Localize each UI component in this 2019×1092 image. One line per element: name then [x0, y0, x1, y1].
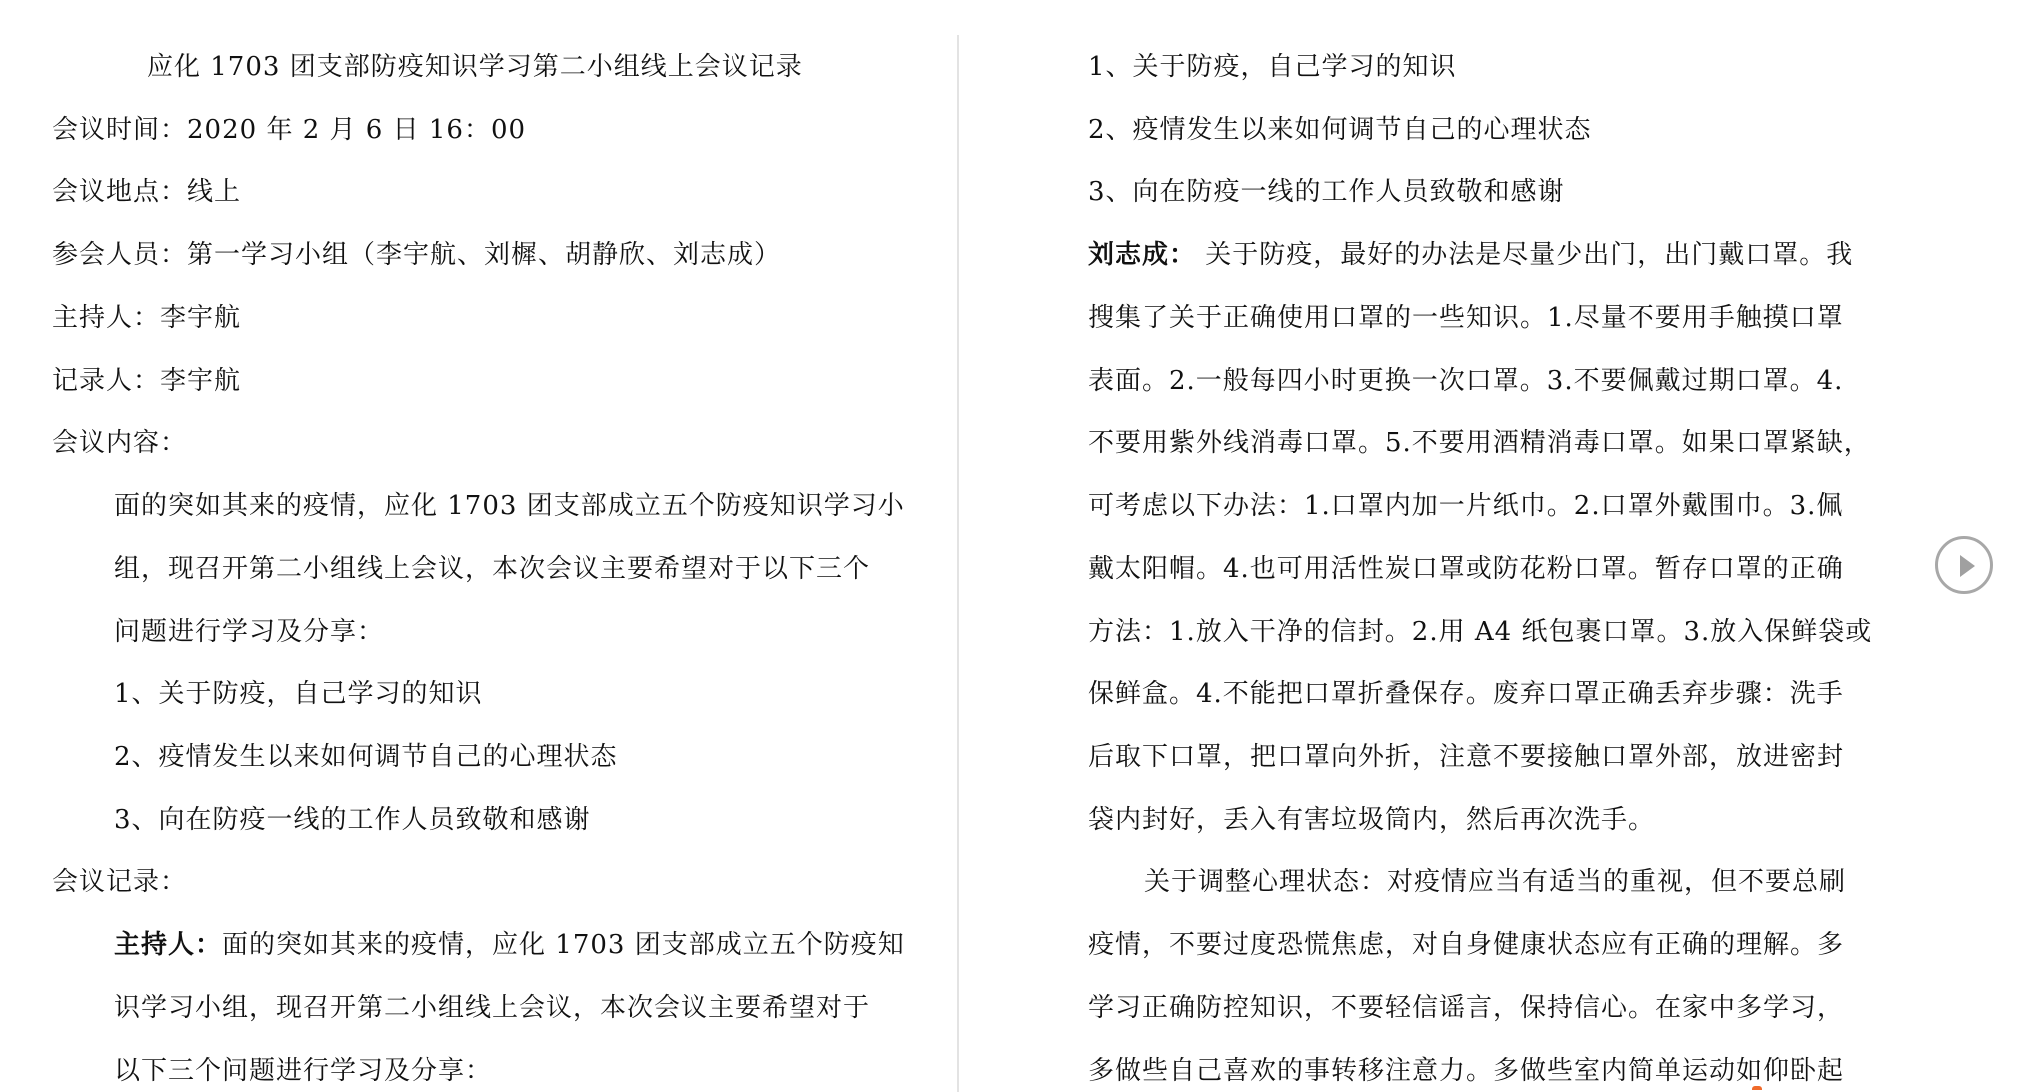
speaker-line: 不要用紫外线消毒口罩。5.不要用酒精消毒口罩。如果口罩紧缺， [1088, 428, 1871, 458]
topic-item: 2、疫情发生以来如何调节自己的心理状态 [1088, 115, 1592, 145]
topic-item: 3、向在防疫一线的工作人员致敬和感谢 [114, 805, 591, 835]
record-text: 面的突如其来的疫情，应化 1703 团支部成立五个防疫知 [222, 930, 905, 960]
play-circle-icon [1960, 555, 1975, 577]
topic-item: 2、疫情发生以来如何调节自己的心理状态 [114, 742, 618, 772]
speaker-line: 刘志成： 关于防疫，最好的办法是尽量少出门，出门戴口罩。我 [1088, 240, 1853, 270]
record-line: 以下三个问题进行学习及分享： [114, 1056, 492, 1086]
attendees: 参会人员：第一学习小组（李宇航、刘樨、胡静欣、刘志成） [52, 240, 781, 270]
meeting-place-label: 会议地点： [52, 177, 187, 207]
meeting-time-value: 2020 年 2 月 6 日 16：00 [187, 115, 526, 145]
speaker-line: 可考虑以下办法：1.口罩内加一片纸巾。2.口罩外戴围巾。3.佩 [1088, 491, 1843, 521]
record-line: 识学习小组，现召开第二小组线上会议，本次会议主要希望对于 [114, 993, 870, 1023]
content-line: 问题进行学习及分享： [114, 617, 384, 647]
speaker-name: 刘志成： [1088, 240, 1196, 270]
content-line: 组，现召开第二小组线上会议，本次会议主要希望对于以下三个 [114, 554, 870, 584]
right-page: 1、关于防疫，自己学习的知识 2、疫情发生以来如何调节自己的心理状态 3、向在防… [959, 0, 2019, 1092]
attendees-value: 第一学习小组（李宇航、刘樨、胡静欣、刘志成） [187, 240, 781, 270]
host-value: 李宇航 [160, 303, 241, 333]
content-label: 会议内容： [52, 428, 187, 458]
meeting-place: 会议地点：线上 [52, 177, 241, 207]
record-speaker: 主持人： [114, 930, 222, 960]
attendees-label: 参会人员： [52, 240, 187, 270]
recorder-value: 李宇航 [160, 366, 241, 396]
cursor-mark-icon [1752, 1086, 1762, 1090]
speaker-line: 戴太阳帽。4.也可用活性炭口罩或防花粉口罩。暂存口罩的正确 [1088, 554, 1844, 584]
topic-item: 3、向在防疫一线的工作人员致敬和感谢 [1088, 177, 1565, 207]
host-label: 主持人： [52, 303, 160, 333]
psych-line: 疫情，不要过度恐慌焦虑，对自身健康状态应有正确的理解。多 [1088, 930, 1844, 960]
recorder: 记录人：李宇航 [52, 366, 241, 396]
speaker-text: 关于防疫，最好的办法是尽量少出门，出门戴口罩。我 [1196, 240, 1853, 270]
record-label: 会议记录： [52, 867, 187, 897]
psych-line: 学习正确防控知识，不要轻信谣言，保持信心。在家中多学习， [1088, 993, 1844, 1023]
left-page: 应化 1703 团支部防疫知识学习第二小组线上会议记录 会议时间：2020 年 … [0, 0, 957, 1092]
topic-item: 1、关于防疫，自己学习的知识 [114, 679, 483, 709]
speaker-line: 表面。2.一般每四小时更换一次口罩。3.不要佩戴过期口罩。4. [1088, 366, 1843, 396]
content-line: 面的突如其来的疫情，应化 1703 团支部成立五个防疫知识学习小 [114, 491, 905, 521]
psych-line: 多做些自己喜欢的事转移注意力。多做些室内简单运动如仰卧起 [1088, 1056, 1844, 1086]
record-line: 主持人：面的突如其来的疫情，应化 1703 团支部成立五个防疫知 [114, 930, 905, 960]
recorder-label: 记录人： [52, 366, 160, 396]
speaker-line: 搜集了关于正确使用口罩的一些知识。1.尽量不要用手触摸口罩 [1088, 303, 1844, 333]
play-button[interactable] [1935, 536, 1993, 594]
speaker-line: 保鲜盒。4.不能把口罩折叠保存。废弃口罩正确丢弃步骤：洗手 [1088, 679, 1844, 709]
meeting-time-label: 会议时间： [52, 115, 187, 145]
meeting-time: 会议时间：2020 年 2 月 6 日 16：00 [52, 115, 526, 145]
psych-line: 关于调整心理状态：对疫情应当有适当的重视，但不要总刷 [1144, 867, 1846, 897]
topic-item: 1、关于防疫，自己学习的知识 [1088, 52, 1457, 82]
document-title: 应化 1703 团支部防疫知识学习第二小组线上会议记录 [147, 52, 803, 82]
host: 主持人：李宇航 [52, 303, 241, 333]
speaker-line: 袋内封好，丢入有害垃圾筒内，然后再次洗手。 [1088, 805, 1655, 835]
speaker-line: 方法：1.放入干净的信封。2.用 A4 纸包裹口罩。3.放入保鲜袋或 [1088, 617, 1872, 647]
meeting-place-value: 线上 [187, 177, 241, 207]
speaker-line: 后取下口罩，把口罩向外折，注意不要接触口罩外部，放进密封 [1088, 742, 1844, 772]
